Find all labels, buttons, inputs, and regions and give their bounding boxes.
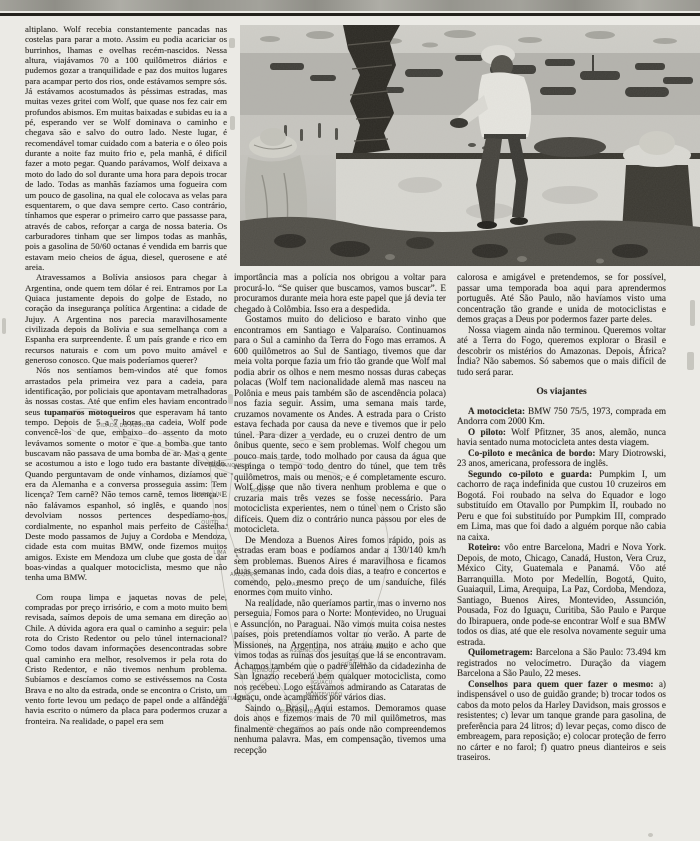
scan-artifact <box>687 352 694 370</box>
section-heading: Os viajantes <box>457 387 666 398</box>
text-run: importância mas a polícia nos obrigou a … <box>234 272 446 314</box>
text-run: a) indispensável o uso de guidão grande;… <box>457 679 666 763</box>
scan-artifact <box>228 394 233 404</box>
paragraph: importância mas a polícia nos obrigou a … <box>234 272 446 314</box>
photo-grain <box>240 25 700 266</box>
text-column-2: importância mas a polícia nos obrigou a … <box>234 272 446 828</box>
text-run: Com roupa limpa e jaquetas novas de pele… <box>25 592 227 726</box>
paragraph: O piloto: Wolf Pfitzner, 35 anos, alemão… <box>457 427 666 448</box>
text-run: que esperavam há tanto tempo. Depois de … <box>25 407 227 583</box>
paragraph: altiplano. Wolf recebia constantemente p… <box>25 24 227 272</box>
article-photo <box>240 25 700 266</box>
paragraph: Com roupa limpa e jaquetas novas de pele… <box>25 592 227 726</box>
text-run: vôo entre Barcelona, Madri e Nova York. … <box>457 542 666 647</box>
bold-lead: Os viajantes <box>536 386 586 397</box>
bold-lead: A motocicleta: <box>468 406 525 416</box>
photo-illustration <box>240 25 700 266</box>
paragraph: De Mendoza a Buenos Aires fomos rápido, … <box>234 535 446 598</box>
text-run: calorosa e amigável e pretendemos, se fo… <box>457 272 666 324</box>
paragraph: Quilometragem: Barcelona a São Paulo: 73… <box>457 647 666 679</box>
text-run: Atravessamos a Bolívia ansiosos para che… <box>25 272 227 365</box>
text-run: Nossa viagem ainda não terminou. Queremo… <box>457 325 666 377</box>
paragraph: Roteiro: vôo entre Barcelona, Madri e No… <box>457 542 666 647</box>
bold-lead: Co-piloto e mecânica de bordo: <box>468 448 595 458</box>
paragraph: Saindo o Brasil. Aqui estamos. Demoramos… <box>234 703 446 756</box>
paragraph: Co-piloto e mecânica de bordo: Mary Diot… <box>457 448 666 469</box>
paragraph: Nossa viagem ainda não terminou. Queremo… <box>457 325 666 378</box>
paragraph: Gostamos muito do delicioso e barato vin… <box>234 314 446 535</box>
paragraph: A motocicleta: BMW 750 75/5, 1973, compr… <box>457 406 666 427</box>
scan-artifact <box>230 116 235 130</box>
scan-artifact <box>229 38 235 48</box>
paragraph: Nós nos sentíamos bem-vindos até que fom… <box>25 365 227 582</box>
text-run: Gostamos muito do delicioso e barato vin… <box>234 314 446 534</box>
text-run: Na realidade, não queríamos partir, mas … <box>234 598 446 703</box>
scan-artifact <box>648 833 653 837</box>
page-top-band <box>0 0 700 11</box>
paragraph: Atravessamos a Bolívia ansiosos para che… <box>25 272 227 365</box>
paragraph: Segundo co-piloto e guarda: Pumpkim I, u… <box>457 469 666 543</box>
text-run: De Mendoza a Buenos Aires fomos rápido, … <box>234 535 446 598</box>
bold-lead: Conselhos para quem quer fazer o mesmo: <box>468 679 653 689</box>
text-column-3: calorosa e amigável e pretendemos, se fo… <box>457 272 666 832</box>
paragraph: Conselhos para quem quer fazer o mesmo: … <box>457 679 666 763</box>
paragraph: Na realidade, não queríamos partir, mas … <box>234 598 446 703</box>
text-run: altiplano. Wolf recebia constantemente p… <box>25 24 227 272</box>
bold-lead: tupamaros motoqueiros <box>44 407 135 417</box>
scan-artifact <box>2 318 6 334</box>
bold-lead: Segundo co-piloto e guarda: <box>468 469 592 479</box>
bold-lead: O piloto: <box>468 427 506 437</box>
paragraph: calorosa e amigável e pretendemos, se fo… <box>457 272 666 325</box>
magazine-page: altiplano. Wolf recebia constantemente p… <box>0 0 700 841</box>
text-column-1: altiplano. Wolf recebia constantemente p… <box>25 24 227 824</box>
text-run: Saindo o Brasil. Aqui estamos. Demoramos… <box>234 703 446 755</box>
bold-lead: Quilometragem: <box>468 647 533 657</box>
scan-artifact <box>690 300 695 326</box>
text-run: Pumpkim I, um cachorro de raça indefinid… <box>457 469 666 542</box>
divider-rule <box>0 13 700 16</box>
bold-lead: Roteiro: <box>468 542 500 552</box>
